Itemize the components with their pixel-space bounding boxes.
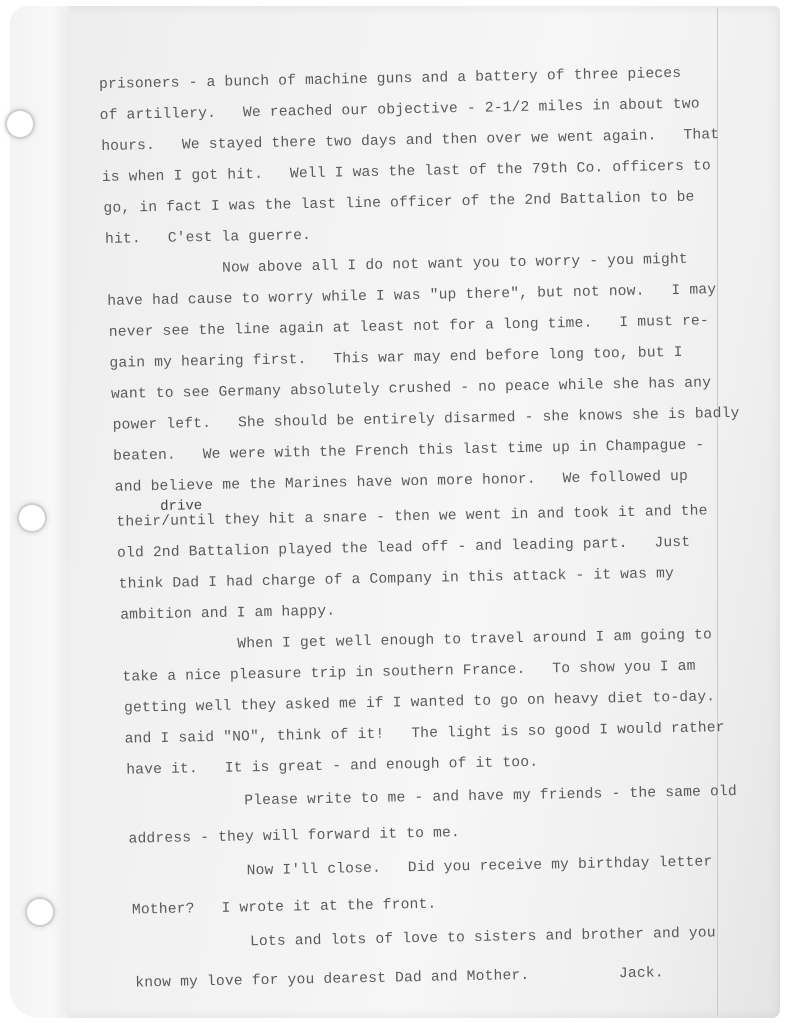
letter-line: beaten. We were with the French this las… xyxy=(113,437,704,464)
letter-line: go, in fact I was the last line officer … xyxy=(103,190,694,217)
letter-line: address - they will forward it to me. xyxy=(128,825,460,847)
letter-line: getting well they asked me if I wanted t… xyxy=(124,689,715,716)
letter-line: prisoners - a bunch of machine guns and … xyxy=(99,66,681,93)
letter-line: old 2nd Battalion played the lead off - … xyxy=(117,535,690,562)
letter-line: never see the line again at least not fo… xyxy=(109,313,709,341)
letter-line: want to see Germany absolutely crushed -… xyxy=(111,375,711,403)
letter-line: gain my hearing first. This war may end … xyxy=(109,345,682,372)
letter-line: Now above all I do not want you to worry… xyxy=(106,252,688,279)
letter-line: think Dad I had charge of a Company in t… xyxy=(119,566,675,593)
letter-line: ambition and I am happy. xyxy=(120,604,335,624)
letter-line: Please write to me - and have my friends… xyxy=(128,784,737,812)
letter-line: and I said "NO", think of it! The light … xyxy=(125,720,725,748)
letter-line: and believe me the Marines have won more… xyxy=(115,469,688,496)
letter-line: have it. It is great - and enough of it … xyxy=(126,755,538,779)
letter-line-closing: know my love for you dearest Dad and Mot… xyxy=(135,965,664,991)
letter-line: hours. We stayed there two days and then… xyxy=(101,127,719,155)
letter-line: power left. She should be entirely disar… xyxy=(112,406,739,434)
letter-line: have had cause to worry while I was "up … xyxy=(107,282,716,310)
letter-line: When I get well enough to travel around … xyxy=(121,627,712,654)
letter-line: Lots and lots of love to sisters and bro… xyxy=(133,925,715,952)
letter-line: Now I'll close. Did you receive my birth… xyxy=(130,854,712,881)
letter-line: take a nice pleasure trip in southern Fr… xyxy=(122,659,695,686)
letter-body: prisoners - a bunch of machine guns and … xyxy=(0,0,791,1023)
letter-line: their/until they hit a snare - then we w… xyxy=(116,503,707,530)
letter-line: of artillery. We reached our objective -… xyxy=(100,96,700,124)
letter-line: is when I got hit. Well I was the last o… xyxy=(102,158,711,186)
letter-line: hit. C'est la guerre. xyxy=(105,228,311,248)
letter-line: Mother? I wrote it at the front. xyxy=(132,897,437,919)
